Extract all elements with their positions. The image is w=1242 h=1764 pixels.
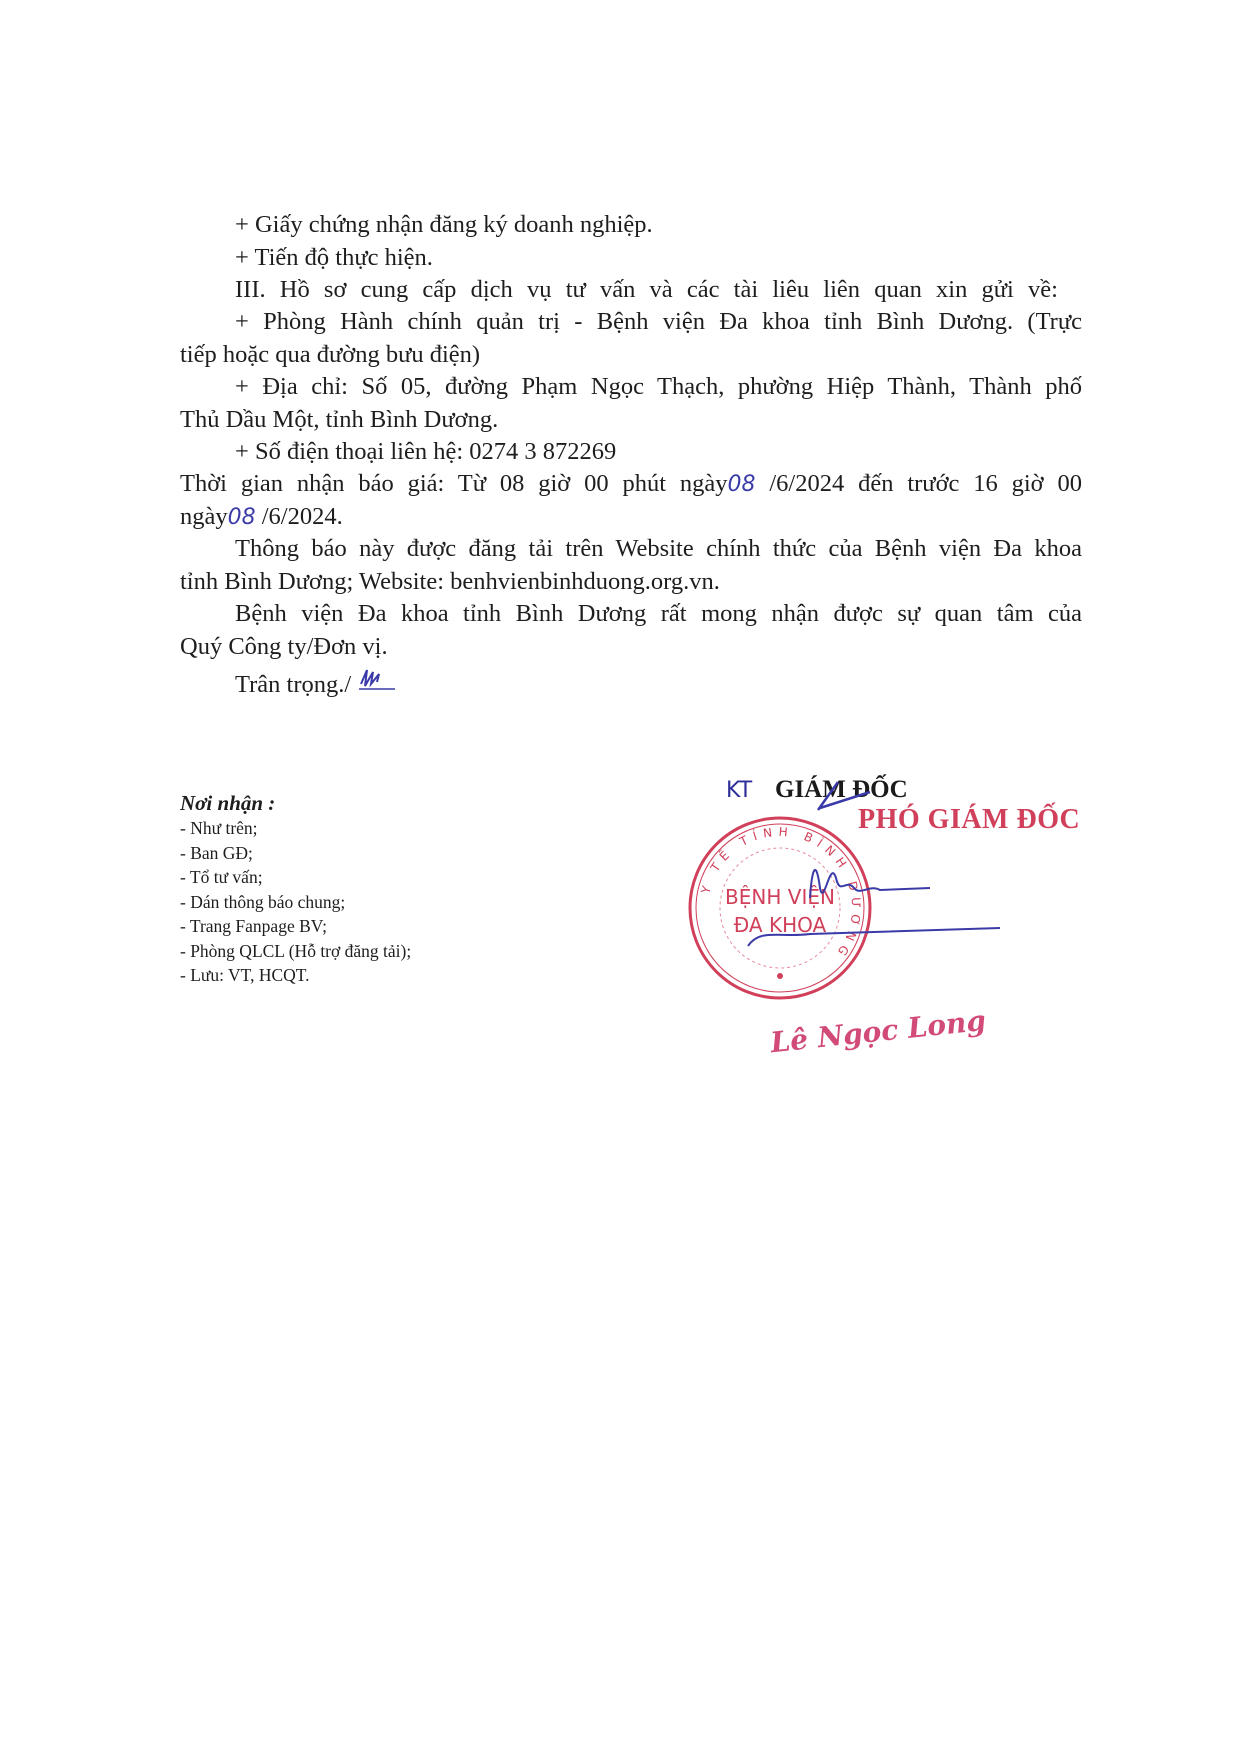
- handwritten-day: 08: [728, 472, 756, 497]
- quote-time-line: ngày08 /6/2024.: [180, 502, 1082, 533]
- recipient-item: - Phòng QLCL (Hỗ trợ đăng tải);: [180, 939, 411, 964]
- recipient-item: - Ban GĐ;: [180, 841, 411, 866]
- quote-time-text: /6/2024 đến trước 16 giờ 00: [756, 470, 1083, 497]
- recipient-item: - Như trên;: [180, 816, 411, 841]
- section-heading: III. Hồ sơ cung cấp dịch vụ tư vấn và cá…: [235, 275, 1058, 305]
- closing-text: Trân trọng./: [235, 671, 351, 698]
- quote-time-text: Thời gian nhận báo giá: Từ 08 giờ 00 phú…: [180, 470, 728, 497]
- body-line: Thông báo này được đăng tải trên Website…: [235, 534, 1082, 564]
- recipient-item: - Trang Fanpage BV;: [180, 914, 411, 939]
- address-line: Thủ Dầu Một, tỉnh Bình Dương.: [180, 405, 1082, 435]
- handwritten-day: 08: [228, 505, 256, 530]
- quote-time-line: Thời gian nhận báo giá: Từ 08 giờ 00 phú…: [180, 469, 1082, 500]
- website-line: tỉnh Bình Dương; Website: benhvienbinhdu…: [180, 567, 1082, 597]
- body-line: Bệnh viện Đa khoa tỉnh Bình Dương rất mo…: [235, 599, 1082, 629]
- initials-icon: [357, 664, 397, 692]
- recipient-item: - Lưu: VT, HCQT.: [180, 963, 411, 988]
- body-line: tiếp hoặc qua đường bưu điện): [180, 340, 1082, 370]
- phone-line: + Số điện thoại liên hệ: 0274 3 872269: [235, 437, 1082, 467]
- closing-line: Trân trọng./: [235, 664, 1082, 700]
- body-line: + Giấy chứng nhận đăng ký doanh nghiệp.: [235, 210, 1082, 240]
- quote-time-text: /6/2024.: [256, 503, 343, 530]
- quote-time-text: ngày: [180, 503, 228, 530]
- signature-scribble-icon: [720, 778, 1140, 978]
- recipient-item: - Tổ tư vấn;: [180, 865, 411, 890]
- address-line: + Địa chỉ: Số 05, đường Phạm Ngọc Thạch,…: [235, 372, 1082, 402]
- body-line: Quý Công ty/Đơn vị.: [180, 632, 1082, 662]
- signer-name: Lê Ngọc Long: [769, 1004, 987, 1059]
- recipients-title: Nơi nhận :: [180, 790, 411, 816]
- recipient-item: - Dán thông báo chung;: [180, 890, 411, 915]
- document-page: + Giấy chứng nhận đăng ký doanh nghiệp. …: [0, 0, 1242, 1764]
- signature-block: KT GIÁM ĐỐC PHÓ GIÁM ĐỐC Y TẾ TỈNH BÌNH …: [720, 778, 1140, 1078]
- body-line: + Tiến độ thực hiện.: [235, 243, 1082, 273]
- recipients-block: Nơi nhận : - Như trên; - Ban GĐ; - Tổ tư…: [180, 790, 411, 988]
- body-line: + Phòng Hành chính quản trị - Bệnh viện …: [235, 307, 1082, 337]
